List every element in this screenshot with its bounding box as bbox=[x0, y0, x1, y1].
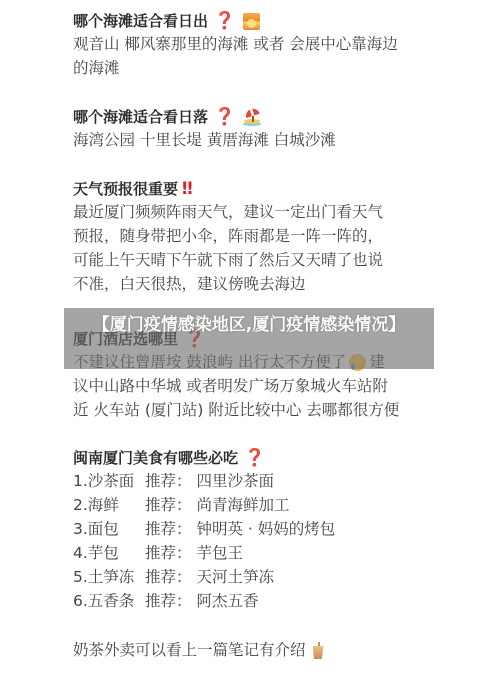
food-item: 1.沙茶面推荐： 四里沙茶面 bbox=[73, 469, 433, 493]
question-mark-icon: ❓ bbox=[214, 106, 235, 128]
section-heading: 哪个海滩适合看日出 ❓ bbox=[73, 10, 433, 32]
heading-text: 闽南厦门美食有哪些必吃 bbox=[73, 447, 238, 469]
section-heading: 闽南厦门美食有哪些必吃 ❓ bbox=[73, 447, 433, 469]
section-sunrise: 哪个海滩适合看日出 ❓ 观音山 椰风寨那里的海滩 或者 会展中心靠海边 的海滩 bbox=[73, 10, 433, 80]
double-exclamation-icon: ‼ bbox=[182, 178, 191, 200]
food-item: 3.面包推荐： 钟明英 · 妈妈的烤包 bbox=[73, 517, 433, 541]
heading-text: 哪个海滩适合看日出 bbox=[73, 10, 208, 32]
sunrise-icon bbox=[243, 13, 260, 30]
section-weather: 天气预报很重要 ‼ 最近厦门频频阵雨天气，建议一定出门看天气 预报，随身带把小伞… bbox=[73, 178, 433, 296]
body-line: 可能上午天晴下午就下雨了然后又天晴了也说 bbox=[73, 248, 433, 272]
desert-island-icon bbox=[243, 108, 261, 126]
footer-text: 奶茶外卖可以看上一篇笔记有介绍 bbox=[73, 641, 306, 659]
body-line: 海湾公园 十里长堤 黄厝海滩 白城沙滩 bbox=[73, 128, 433, 152]
heading-text: 哪个海滩适合看日落 bbox=[73, 106, 208, 128]
heading-text: 天气预报很重要 bbox=[73, 178, 178, 200]
section-sunset: 哪个海滩适合看日落 ❓ 海湾公园 十里长堤 黄厝海滩 白城沙滩 bbox=[73, 106, 433, 152]
overlay-title: 【厦门疫情感染地区,厦门疫情感染情况】 bbox=[64, 314, 434, 336]
question-mark-icon: ❓ bbox=[244, 447, 265, 469]
food-item: 4.芋包推荐： 芋包王 bbox=[73, 541, 433, 565]
food-item: 5.土笋冻推荐： 天河土笋冻 bbox=[73, 565, 433, 589]
body-line: 的海滩 bbox=[73, 56, 433, 80]
body-line: 观音山 椰风寨那里的海滩 或者 会展中心靠海边 bbox=[73, 32, 433, 56]
section-heading: 天气预报很重要 ‼ bbox=[73, 178, 433, 200]
body-line: 预报，随身带把小伞，阵雨都是一阵一阵的， bbox=[73, 224, 433, 248]
food-item: 6.五香条推荐： 阿杰五香 bbox=[73, 589, 433, 613]
bubble-tea-icon bbox=[313, 642, 324, 659]
section-heading: 哪个海滩适合看日落 ❓ bbox=[73, 106, 433, 128]
question-mark-icon: ❓ bbox=[214, 10, 235, 32]
body-line: 近 火车站 (厦门站) 附近比较中心 去哪都很方便 bbox=[73, 398, 433, 422]
body-line: 不准，白天很热，建议傍晚去海边 bbox=[73, 272, 433, 296]
section-food: 闽南厦门美食有哪些必吃 ❓ 1.沙茶面推荐： 四里沙茶面 2.海鲜推荐： 尚青海… bbox=[73, 447, 433, 613]
body-line: 最近厦门频频阵雨天气，建议一定出门看天气 bbox=[73, 200, 433, 224]
body-line: 议中山路中华城 或者明发广场万象城火车站附 bbox=[73, 374, 433, 398]
footer-note: 奶茶外卖可以看上一篇笔记有介绍 bbox=[73, 638, 433, 662]
food-item: 2.海鲜推荐： 尚青海鲜加工 bbox=[73, 493, 433, 517]
